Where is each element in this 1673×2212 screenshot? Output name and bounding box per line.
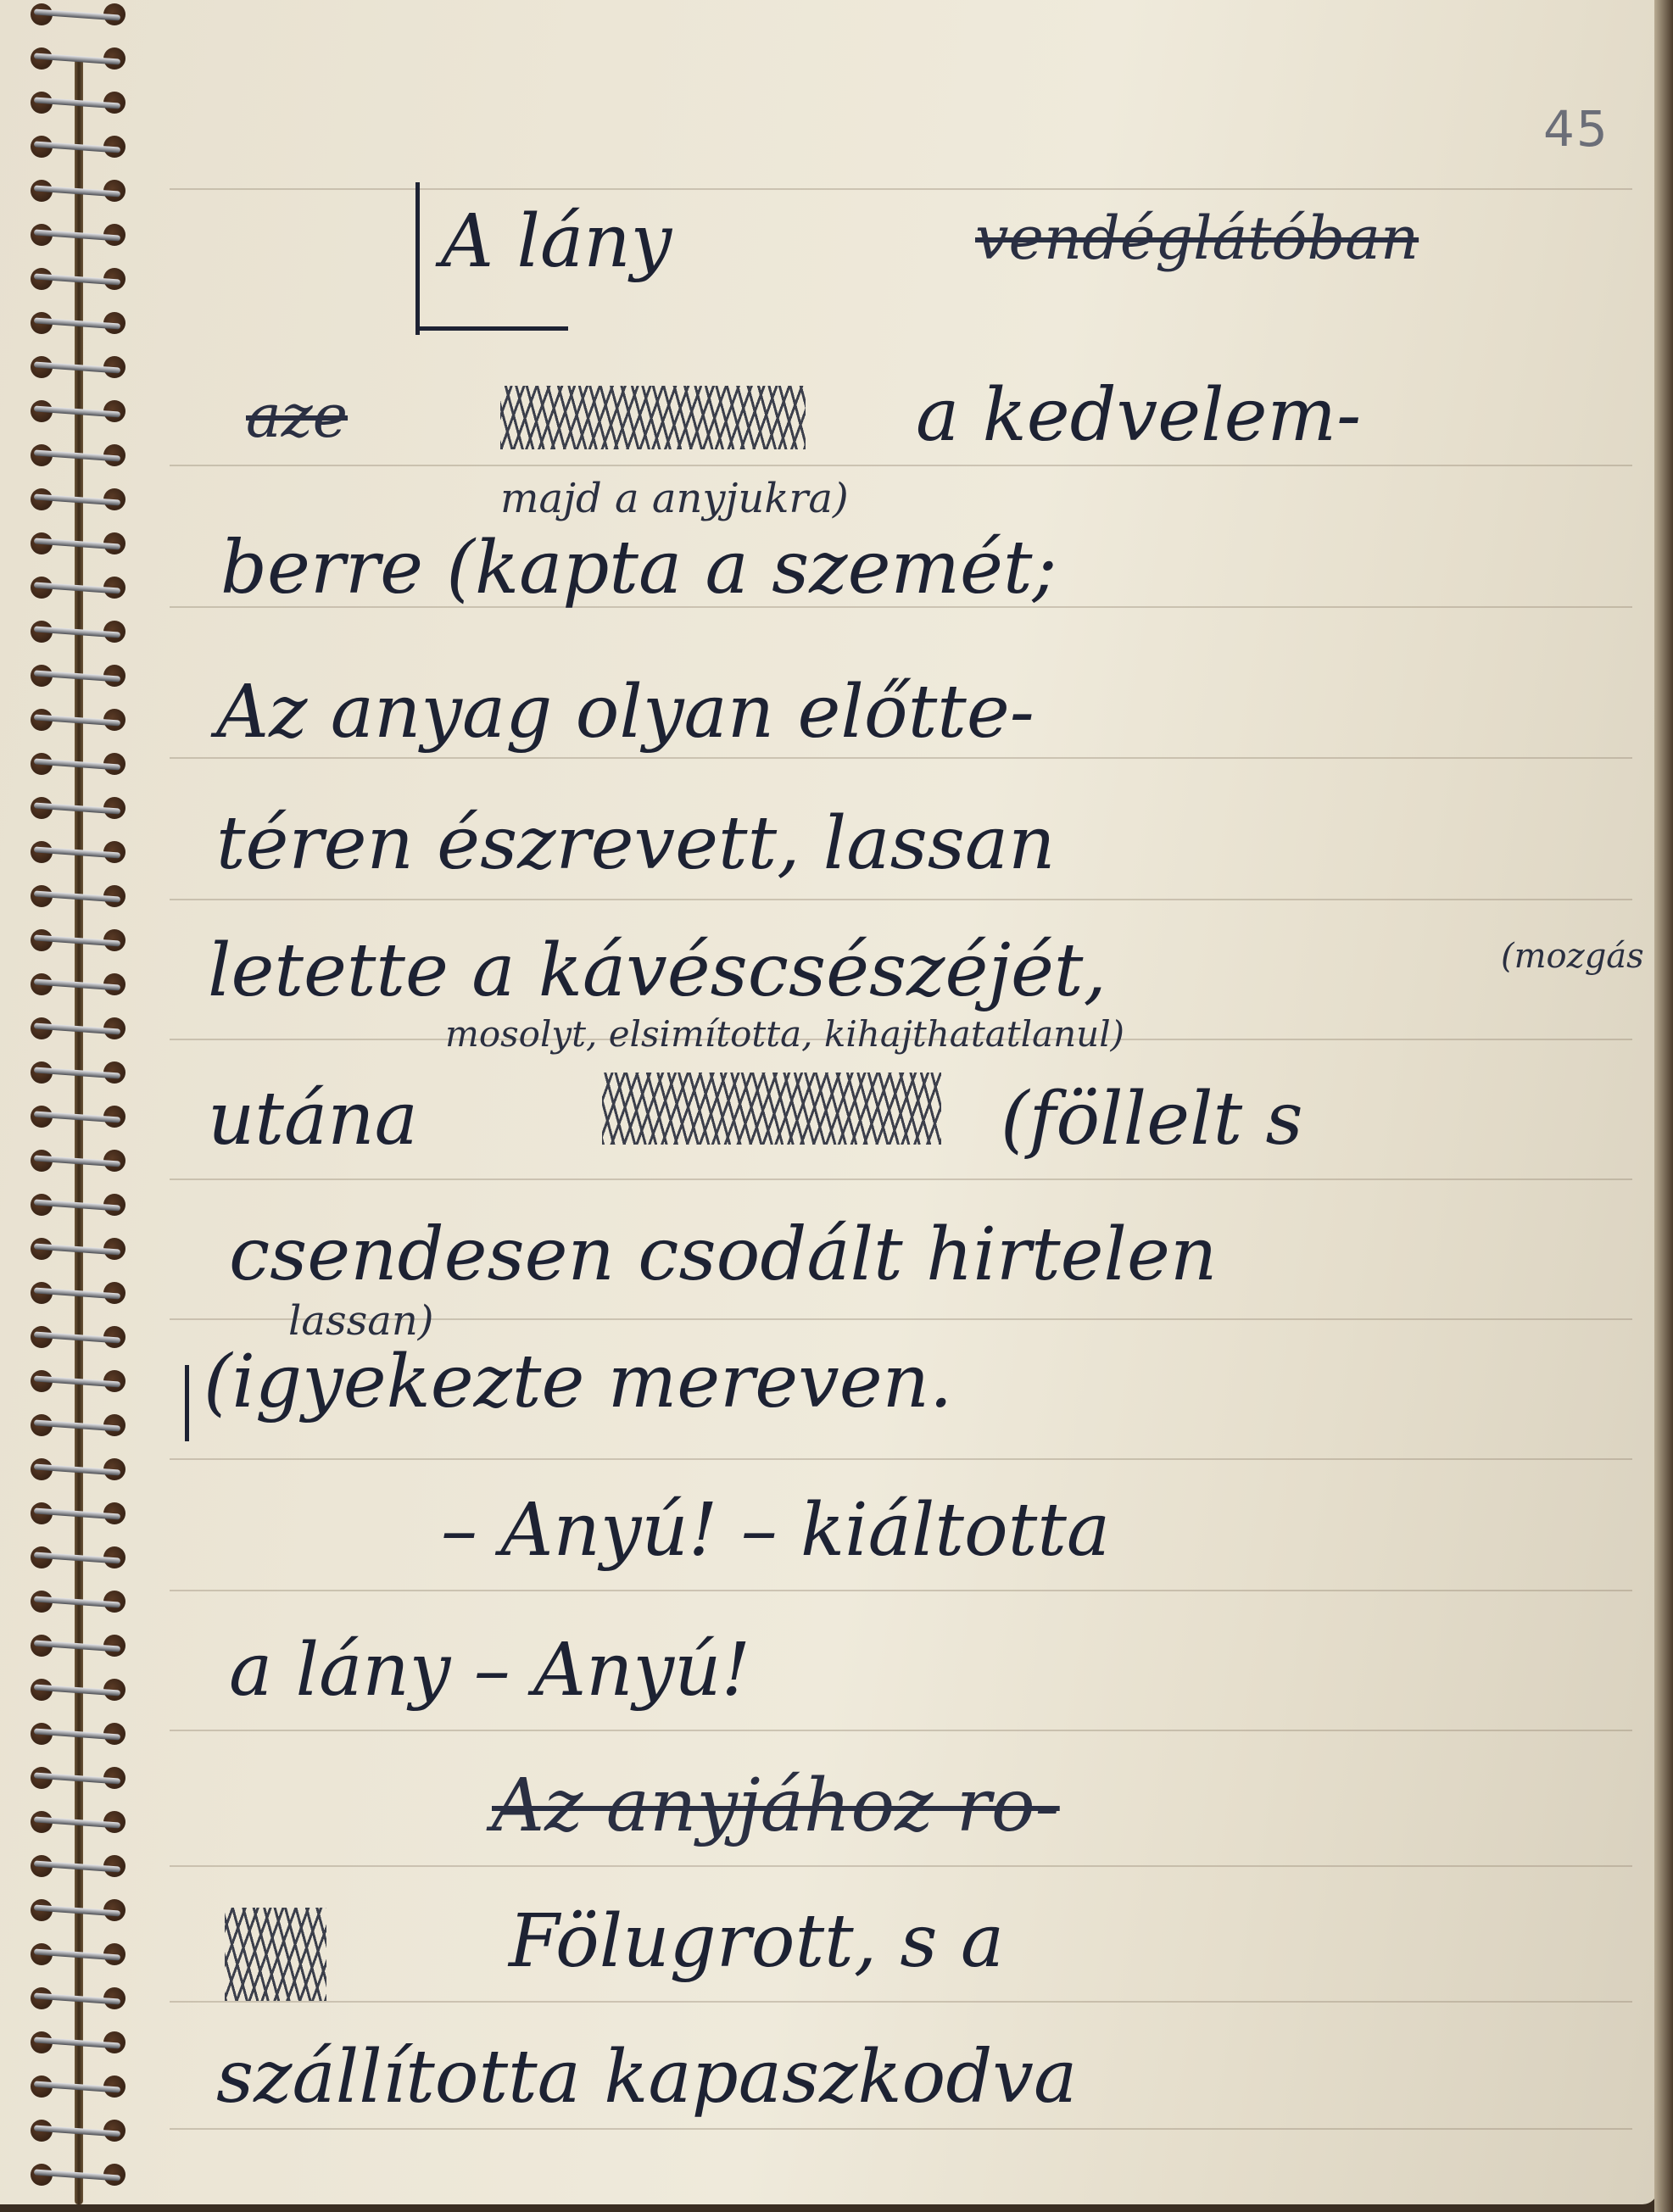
text-line: (föllelt s [1001, 1077, 1303, 1162]
spiral-coil [31, 1017, 125, 1039]
spiral-coil [31, 1414, 125, 1436]
spiral-coil [31, 532, 125, 554]
spiral-coil [31, 1679, 125, 1701]
text-line: csendesen csodált hirtelen [229, 1212, 1217, 1297]
spiral-coil [31, 1767, 125, 1789]
spiral-coil [31, 929, 125, 951]
spiral-coil [31, 1546, 125, 1568]
insertion-text: mosolyt, elsimította, kihajthatatlanul) [445, 1013, 1124, 1055]
ruled-line [170, 757, 1632, 759]
text-line: berre (kapta a szemét; [220, 526, 1057, 610]
ruled-line [170, 1865, 1632, 1867]
spiral-coil [31, 709, 125, 731]
spiral-coil [31, 2120, 125, 2142]
spiral-coil [31, 1987, 125, 2009]
spiral-coil [31, 577, 125, 599]
page-number: 45 [1543, 100, 1609, 158]
text-line: – Anyú! – kiáltotta [441, 1488, 1110, 1573]
spiral-coil [31, 1282, 125, 1304]
spiral-coil [31, 3, 125, 25]
spiral-coil [31, 1061, 125, 1084]
spiral-coil [31, 885, 125, 907]
ruled-line [170, 1178, 1632, 1180]
text-line: utána [208, 1077, 418, 1162]
spiral-coil [31, 47, 125, 70]
spiral-coil [31, 1238, 125, 1260]
text-line: a kedvelem- [916, 373, 1361, 458]
ruled-line [170, 1730, 1632, 1731]
spiral-coil [31, 1899, 125, 1921]
spiral-coil [31, 488, 125, 510]
scribbled-out-word [500, 386, 806, 449]
ruled-line [170, 465, 1632, 466]
struck-word: vendéglátóban [975, 203, 1419, 273]
scribbled-out-mark [225, 1908, 326, 2001]
spiral-coil [31, 973, 125, 995]
spiral-coil [31, 753, 125, 775]
spiral-coil [31, 356, 125, 378]
spiral-coil [31, 665, 125, 687]
ruled-line [170, 1590, 1632, 1591]
notebook-page: 45 A lány vendéglátóban aze a kedvelem- … [0, 0, 1658, 2204]
ruled-line [170, 2001, 1632, 2003]
text-line: szállította kapaszkodva [216, 2035, 1077, 2120]
binding-spine [75, 59, 83, 2204]
spiral-coil [31, 621, 125, 643]
spiral-coil [31, 1635, 125, 1657]
spiral-coil [31, 797, 125, 819]
spiral-coil [31, 400, 125, 422]
title-text: A lány [441, 199, 672, 284]
spiral-coil [31, 1150, 125, 1172]
spiral-coil [31, 444, 125, 466]
ruled-line [170, 899, 1632, 900]
spiral-coil [31, 1502, 125, 1524]
margin-bracket [185, 1365, 189, 1441]
scribbled-out-word [602, 1073, 941, 1145]
spiral-coil [31, 1811, 125, 1833]
margin-bracket [415, 182, 420, 335]
spiral-coil [31, 1458, 125, 1480]
insertion-text: majd a anyjukra) [500, 475, 849, 522]
spiral-coil [31, 2164, 125, 2186]
text-line: Fölugrott, s a [509, 1899, 1004, 1984]
text-line: a lány – Anyú! [229, 1628, 750, 1713]
spiral-coil [31, 841, 125, 863]
ruled-line [170, 2128, 1632, 2130]
ruled-line [170, 188, 1632, 190]
spiral-coil [31, 1591, 125, 1613]
spiral-coil [31, 92, 125, 114]
spiral-coil [31, 1370, 125, 1392]
spiral-binding [0, 0, 144, 2212]
ruled-line [170, 1458, 1632, 1460]
spiral-coil [31, 1723, 125, 1745]
spiral-coil [31, 1943, 125, 1965]
struck-line: Az anyjához ro- [492, 1763, 1060, 1848]
margin-bracket [415, 326, 568, 331]
page-edge [1654, 0, 1673, 2212]
spiral-coil [31, 224, 125, 246]
spiral-coil [31, 312, 125, 334]
text-line: Az anyag olyan előtte- [216, 670, 1034, 755]
struck-word: aze [246, 382, 348, 451]
text-line: (igyekezte mereven. [204, 1340, 952, 1424]
text-line: téren észrevett, lassan [216, 801, 1056, 886]
spiral-coil [31, 1194, 125, 1216]
spiral-coil [31, 1106, 125, 1128]
spiral-coil [31, 1855, 125, 1877]
insertion-text: lassan) [288, 1297, 434, 1345]
spiral-coil [31, 136, 125, 158]
spiral-coil [31, 1326, 125, 1348]
spiral-coil [31, 268, 125, 290]
spiral-coil [31, 2075, 125, 2098]
spiral-coil [31, 2031, 125, 2053]
spiral-coil [31, 180, 125, 202]
text-line: letette a kávéscsészéjét, [208, 928, 1107, 1013]
margin-note: (mozgás [1501, 937, 1644, 976]
